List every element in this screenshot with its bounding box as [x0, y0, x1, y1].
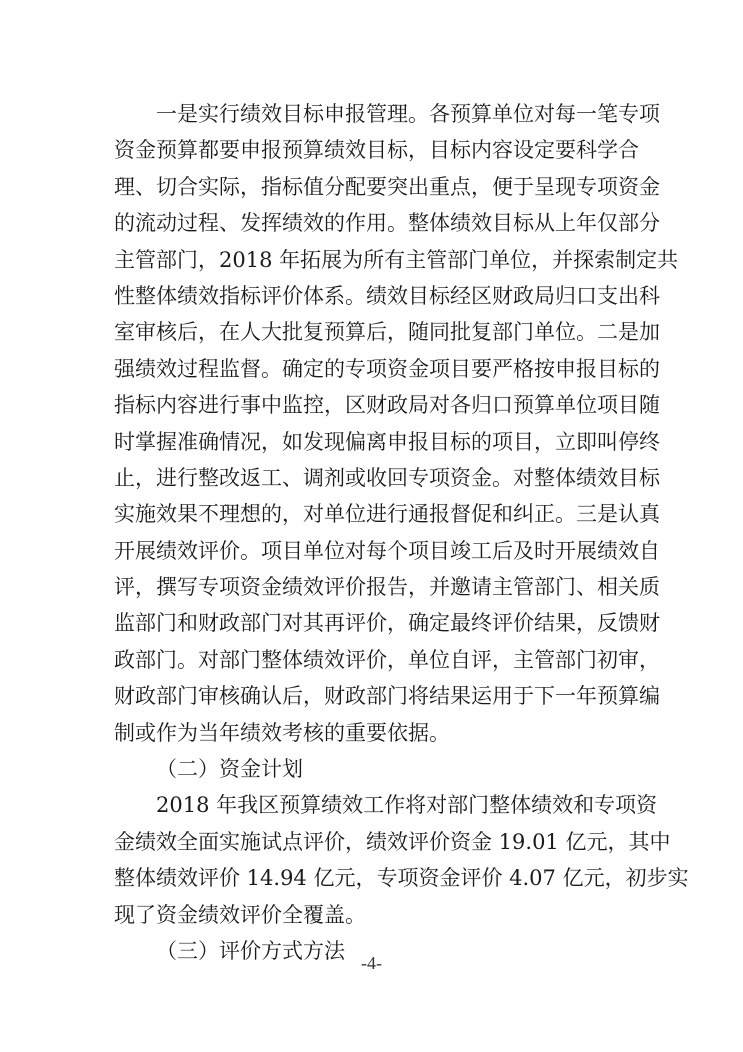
- body-text: 一是实行绩效目标申报管理。各预算单位对每一笔专项 资金预算都要申报预算绩效目标，…: [114, 96, 630, 969]
- paragraph-line: 政部门。对部门整体绩效评价，单位自评，主管部门初审，: [114, 642, 630, 678]
- paragraph-line: 开展绩效评价。项目单位对每个项目竣工后及时开展绩效自: [114, 533, 630, 569]
- paragraph-line: 性整体绩效指标评价体系。绩效目标经区财政局归口支出科: [114, 278, 630, 314]
- paragraph-line: 主管部门，2018 年拓展为所有主管部门单位，并探索制定共: [114, 242, 630, 278]
- document-page: 一是实行绩效目标申报管理。各预算单位对每一笔专项 资金预算都要申报预算绩效目标，…: [0, 0, 743, 1052]
- paragraph-line: 评，撰写专项资金绩效评价报告，并邀请主管部门、相关质: [114, 569, 630, 605]
- paragraph-line: 理、切合实际，指标值分配要突出重点，便于呈现专项资金: [114, 169, 630, 205]
- paragraph-line: 室审核后，在人大批复预算后，随同批复部门单位。二是加: [114, 314, 630, 350]
- paragraph-line: 止，进行整改返工、调剂或收回专项资金。对整体绩效目标: [114, 460, 630, 496]
- paragraph-line: 的流动过程、发挥绩效的作用。整体绩效目标从上年仅部分: [114, 205, 630, 241]
- paragraph-line: 制或作为当年绩效考核的重要依据。: [114, 715, 630, 751]
- paragraph-line: 时掌握准确情况，如发现偏离申报目标的项目，立即叫停终: [114, 424, 630, 460]
- paragraph-line: 指标内容进行事中监控，区财政局对各归口预算单位项目随: [114, 387, 630, 423]
- paragraph-line: 2018 年我区预算绩效工作将对部门整体绩效和专项资: [114, 787, 630, 823]
- paragraph-line: 整体绩效评价 14.94 亿元，专项资金评价 4.07 亿元，初步实: [114, 860, 630, 896]
- paragraph-line: 资金预算都要申报预算绩效目标，目标内容设定要科学合: [114, 132, 630, 168]
- paragraph-line: 财政部门审核确认后，财政部门将结果运用于下一年预算编: [114, 678, 630, 714]
- paragraph-line: 一是实行绩效目标申报管理。各预算单位对每一笔专项: [114, 96, 630, 132]
- paragraph-line: 实施效果不理想的，对单位进行通报督促和纠正。三是认真: [114, 496, 630, 532]
- paragraph-line: 监部门和财政部门对其再评价，确定最终评价结果，反馈财: [114, 605, 630, 641]
- paragraph-line: 现了资金绩效评价全覆盖。: [114, 897, 630, 933]
- page-number: -4-: [0, 953, 743, 974]
- paragraph-line: 金绩效全面实施试点评价，绩效评价资金 19.01 亿元，其中: [114, 824, 630, 860]
- section-heading-funding-plan: （二）资金计划: [114, 751, 630, 787]
- paragraph-line: 强绩效过程监督。确定的专项资金项目要严格按申报目标的: [114, 351, 630, 387]
